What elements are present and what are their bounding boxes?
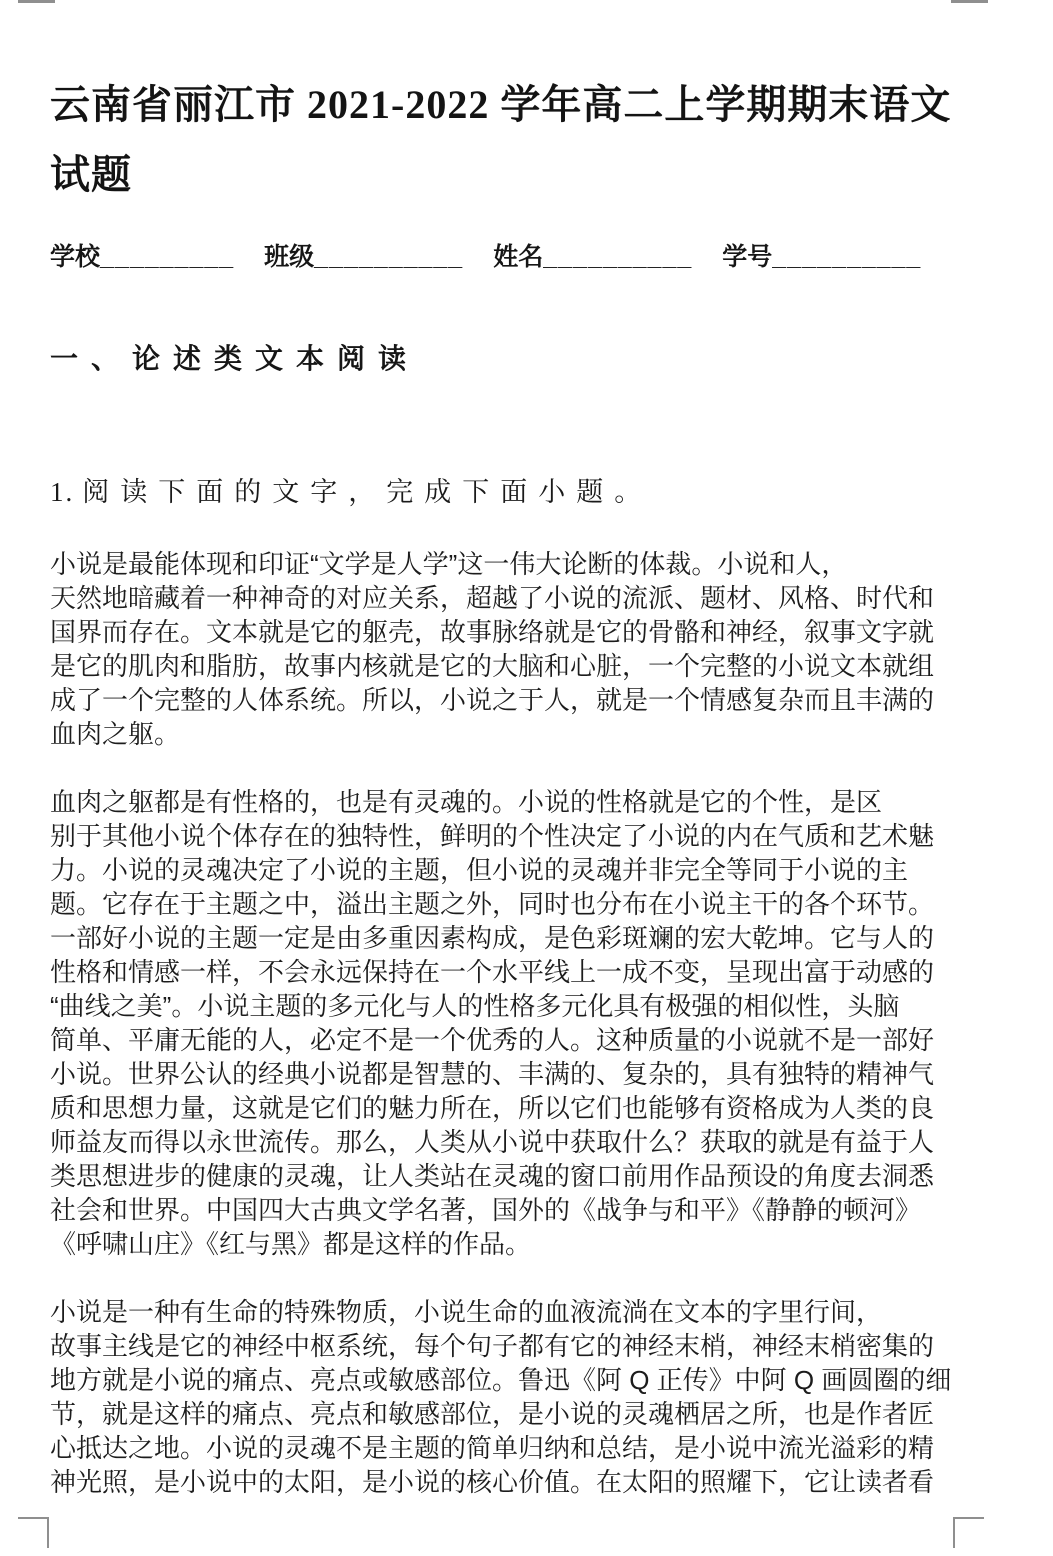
text-line: 质和思想力量，这就是它们的魅力所在，所以它们也能够有资格成为人类的良 [50, 1091, 945, 1125]
question-number: 1. [50, 477, 74, 507]
text-line: 性格和情感一样，不会永远保持在一个水平线上一成不变，呈现出富于动感的 [50, 955, 945, 989]
text-line: 简单、平庸无能的人，必定不是一个优秀的人。这种质量的小说就不是一部好 [50, 1023, 945, 1057]
school-blank-field: _________ [100, 240, 234, 274]
text-line: 小说是最能体现和印证“文学是人学”这一伟大论断的体裁。小说和人， [50, 547, 945, 581]
passage-paragraph-2: 血肉之躯都是有性格的，也是有灵魂的。小说的性格就是它的个性，是区别于其他小说个体… [50, 785, 945, 1261]
text-line: 师益友而得以永世流传。那么，人类从小说中获取什么？获取的就是有益于人 [50, 1125, 945, 1159]
text-line: 节，就是这样的痛点、亮点和敏感部位，是小说的灵魂栖居之所，也是作者匠 [50, 1397, 945, 1431]
text-line: “曲线之美”。小说主题的多元化与人的性格多元化具有极强的相似性，头脑 [50, 989, 945, 1023]
passage-paragraph-3: 小说是一种有生命的特殊物质，小说生命的血液流淌在文本的字里行间，故事主线是它的神… [50, 1295, 945, 1499]
text-line: 试题 [50, 140, 945, 210]
page-margin-mark-bottom-right [953, 1517, 984, 1548]
student-info-line: 学校 _________ 班级 __________ 姓名 __________… [50, 240, 945, 274]
text-line: 类思想进步的健康的灵魂，让人类站在灵魂的窗口前用作品预设的角度去洞悉 [50, 1159, 945, 1193]
question-prompt: 1.阅读下面的文字，完成下面小题。 [50, 474, 945, 510]
school-label: 学校 [50, 240, 100, 274]
document-title: 云南省丽江市 2021-2022 学年高二上学期期末语文试题 [50, 70, 945, 210]
text-line: 血肉之躯都是有性格的，也是有灵魂的。小说的性格就是它的个性，是区 [50, 785, 945, 819]
student-id-blank-field: __________ [772, 240, 921, 274]
page-margin-mark-top-right [951, 0, 988, 3]
info-field-class: 班级 __________ [264, 240, 463, 274]
question-text: 阅读下面的文字，完成下面小题。 [82, 477, 652, 507]
text-line: 题。它存在于主题之中，溢出主题之外，同时也分布在小说主干的各个环节。 [50, 887, 945, 921]
info-field-school: 学校 _________ [50, 240, 234, 274]
text-line: 一部好小说的主题一定是由多重因素构成，是色彩斑斓的宏大乾坤。它与人的 [50, 921, 945, 955]
text-line: 故事主线是它的神经中枢系统，每个句子都有它的神经末梢，神经末梢密集的 [50, 1329, 945, 1363]
text-line: 云南省丽江市 2021-2022 学年高二上学期期末语文 [50, 70, 945, 140]
name-blank-field: __________ [543, 240, 692, 274]
class-blank-field: __________ [314, 240, 463, 274]
class-label: 班级 [264, 240, 314, 274]
text-line: 国界而存在。文本就是它的躯壳，故事脉络就是它的骨骼和神经，叙事文字就 [50, 615, 945, 649]
passage-paragraph-1: 小说是最能体现和印证“文学是人学”这一伟大论断的体裁。小说和人，天然地暗藏着一种… [50, 547, 945, 751]
page-margin-mark-bottom-left [18, 1517, 49, 1548]
name-label: 姓名 [493, 240, 543, 274]
text-line: 是它的肌肉和脂肪，故事内核就是它的大脑和心脏，一个完整的小说文本就组 [50, 649, 945, 683]
text-line: 别于其他小说个体存在的独特性，鲜明的个性决定了小说的内在气质和艺术魅 [50, 819, 945, 853]
text-line: 神光照，是小说中的太阳，是小说的核心价值。在太阳的照耀下，它让读者看 [50, 1465, 945, 1499]
text-line: 地方就是小说的痛点、亮点或敏感部位。鲁迅《阿 Q 正传》中阿 Q 画圆圈的细 [50, 1363, 945, 1397]
text-line: 天然地暗藏着一种神奇的对应关系，超越了小说的流派、题材、风格、时代和 [50, 581, 945, 615]
text-line: 《呼啸山庄》《红与黑》都是这样的作品。 [50, 1227, 945, 1261]
info-field-name: 姓名 __________ [493, 240, 692, 274]
text-line: 小说。世界公认的经典小说都是智慧的、丰满的、复杂的，具有独特的精神气 [50, 1057, 945, 1091]
info-field-student-id: 学号 __________ [722, 240, 921, 274]
text-line: 心抵达之地。小说的灵魂不是主题的简单归纳和总结，是小说中流光溢彩的精 [50, 1431, 945, 1465]
student-id-label: 学号 [722, 240, 772, 274]
section-heading: 一、论述类文本阅读 [50, 342, 945, 376]
text-line: 社会和世界。中国四大古典文学名著，国外的《战争与和平》《静静的顿河》 [50, 1193, 945, 1227]
text-line: 成了一个完整的人体系统。所以，小说之于人，就是一个情感复杂而且丰满的 [50, 683, 945, 717]
text-line: 小说是一种有生命的特殊物质，小说生命的血液流淌在文本的字里行间， [50, 1295, 945, 1329]
text-line: 血肉之躯。 [50, 717, 945, 751]
page-content: 云南省丽江市 2021-2022 学年高二上学期期末语文试题 学校 ______… [50, 0, 945, 1499]
text-line: 力。小说的灵魂决定了小说的主题，但小说的灵魂并非完全等同于小说的主 [50, 853, 945, 887]
document-page: 云南省丽江市 2021-2022 学年高二上学期期末语文试题 学校 ______… [0, 0, 1053, 1556]
